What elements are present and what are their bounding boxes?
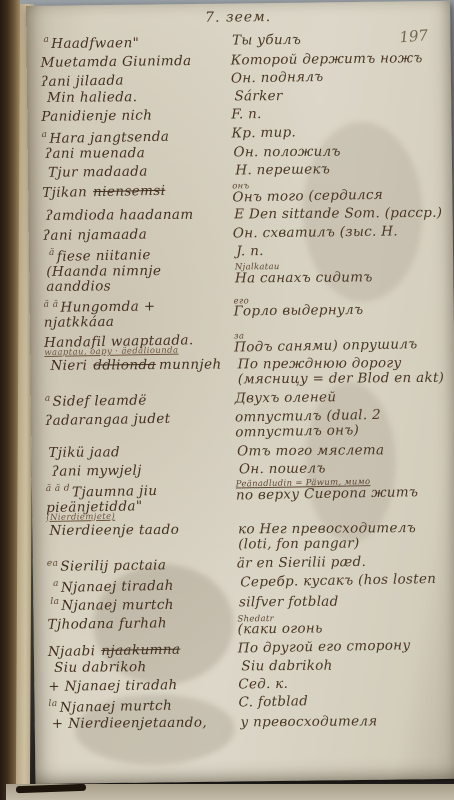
manuscript-line: laNjanaej murtchC. fotblad <box>48 692 448 716</box>
left-phrase-text: Tjhodana furhah <box>47 615 167 632</box>
left-phrase-text: Min halieda. <box>47 89 137 106</box>
right-translation: Кр. тир. <box>231 122 441 141</box>
right-translation: отпустилъ (dual. 2 отпустилъ онъ) <box>235 407 446 441</box>
left-annotation: ä <box>49 248 55 258</box>
manuscript-line: ä äHungomda + njatkkáaaегоГорло выдернул… <box>44 295 444 332</box>
manuscript-line: ʔani mywjeljОн. пошелъ <box>52 460 446 480</box>
manuscript-line: Min halieda.Sárker <box>47 88 441 106</box>
left-phrase-text: ʔani mywjelj <box>52 462 142 479</box>
manuscript-line: Siu dabrikohSiu dabrikoh <box>54 657 448 675</box>
right-translation-text: Он. положилъ <box>233 144 340 161</box>
right-translation-text: Онъ того (сердился <box>232 186 383 205</box>
manuscript-line: ʔani muenadaОн. положилъ <box>45 144 442 162</box>
left-annotation: la <box>48 699 57 709</box>
left-phrase-text: ʔani jilaada <box>41 72 124 90</box>
manuscript-line: Tjikü jaadОтъ того мяслета <box>48 442 445 460</box>
right-translation: Он. схватилъ (зыс. Н. <box>233 223 443 241</box>
left-phrase-text: ʔadarangaa judet <box>45 411 171 429</box>
right-translation-text: Сед. к. <box>238 676 288 693</box>
manuscript-line: + Nierdieenjetaando,у превосходителя <box>52 714 449 732</box>
left-phrase: ʔadarangaa judet <box>45 411 225 429</box>
left-phrase: ʔamdioda haadanam <box>46 208 225 225</box>
right-translation-text: Серебр. кусакъ (hos losten <box>240 571 436 591</box>
ink-blot <box>16 784 86 793</box>
left-phrase: Tjur madaada <box>48 164 225 181</box>
right-translation-text: по верху Сиеропа житъ <box>236 484 419 503</box>
left-phrase: Nieriddliondamunnjeh <box>50 358 227 375</box>
right-translation: Siu dabrikoh <box>241 657 448 674</box>
manuscript-line: aHaadfwaen"Ты убилъ <box>43 32 440 52</box>
left-phrase: Tjikü jaad <box>48 444 227 461</box>
right-translation-text: На санахъ сидитъ <box>235 269 373 286</box>
left-annotation: ea <box>47 558 59 568</box>
left-phrase-text: Nieri <box>50 358 87 374</box>
left-phrase: aHara jangtsenda <box>41 126 221 146</box>
left-annotation: a <box>53 579 59 589</box>
right-translation-text: silfver fotblad <box>239 594 339 611</box>
right-translation: Sárker <box>234 88 441 105</box>
left-phrase-text: Njanaej murtch <box>59 697 172 715</box>
left-phrase: aNjanaej tiradah <box>53 576 231 596</box>
left-phrase-text: Njanaej tiradah <box>61 578 174 596</box>
left-phrase: + Njanaej tiradah <box>48 677 228 694</box>
left-phrase-text: Tjur madaada <box>48 164 148 181</box>
right-translation: егоГорло выдернулъ <box>234 295 444 320</box>
right-translation-text: Ты убилъ <box>232 32 301 49</box>
left-phrase-text: Muetamda Giunimda <box>41 53 192 71</box>
left-annotation: ä ä d <box>46 484 70 494</box>
right-translation-text: J. n. <box>236 243 264 260</box>
right-translation: Он. поднялъ <box>231 68 441 87</box>
manuscript-line: äfiese niitanieJ. n. <box>49 240 443 264</box>
manuscript-line: ʔamdioda haadanamЕ Den sittande Som. (ра… <box>46 206 443 224</box>
left-phrase: Njaabinjaakumna <box>48 641 228 659</box>
manuscript-page: 7. зеем. 197 aHaadfwaen"Ты убилъMuetamda… <box>26 1 454 784</box>
left-phrase-text: ʔani njamaada <box>43 226 148 243</box>
right-translation-text: ко Нег превосходителъ (loti, fon pangar) <box>238 520 416 553</box>
manuscript-line: Nierdieenje taadoко Нег превосходителъ (… <box>49 521 446 554</box>
right-translation-text: (каки огонь <box>238 621 323 638</box>
left-phrase: ʔani muenada <box>45 146 224 163</box>
right-translation-text: Siu dabrikoh <box>241 657 332 674</box>
left-phrase: aHaadfwaen" <box>43 34 222 52</box>
left-phrase-text: Haadfwaen" <box>51 35 139 52</box>
left-phrase: Siu dabrikoh <box>54 659 231 676</box>
manuscript-line: ʔani njamaadaОн. схватилъ (зыс. Н. <box>43 223 443 243</box>
right-translation: Shedatr(каки огонь <box>237 613 447 638</box>
left-phrase: Muetamda Giunimda <box>41 53 221 70</box>
right-translation-text: Он. схватилъ (зыс. Н. <box>233 223 398 241</box>
right-translation: Серебр. кусакъ (hos losten <box>240 572 447 591</box>
right-translation: Peänadludin = Päwum, мимопо верху Сиероп… <box>236 477 446 503</box>
right-translation: Он. пошелъ <box>239 460 446 478</box>
right-translation-text: Горло выдернулъ <box>234 302 364 320</box>
left-phrase-text: Hungomda + njatkkáaa <box>44 299 156 331</box>
right-translation-text: По другой его сторону <box>238 637 411 656</box>
right-translation: F. n. <box>231 105 441 123</box>
right-translation: Двухъ оленей <box>235 389 445 407</box>
left-phrase-text: Tjikan <box>42 184 87 201</box>
right-translation: är en Sierilii pæd. <box>237 554 447 572</box>
struck-word: ddlionda <box>93 357 156 373</box>
right-translation-text: Е Den sittande Som. (расср.) <box>234 205 442 223</box>
manuscript-line: aNjanaej tiradahСеребр. кусакъ (hos lost… <box>53 572 447 596</box>
left-phrase-text: Njaabi <box>48 643 96 660</box>
right-translation: Н. перешекъ <box>235 161 442 179</box>
right-translation: Отъ того мяслета <box>237 442 445 459</box>
left-phrase: + Nierdieenjetaando, <box>52 715 231 732</box>
right-translation: silfver fotblad <box>239 594 447 611</box>
left-phrase: laNjanaej murtch <box>48 696 228 716</box>
left-phrase: aSidef leamdë <box>45 391 225 410</box>
right-translation-text: Кр. тир. <box>231 124 296 141</box>
left-phrase-text: Hara jangtsenda <box>49 128 169 146</box>
manuscript-line: Tjur madaadaН. перешекъ <box>48 161 442 181</box>
left-phrase: Tjikanniensemsi <box>42 182 222 200</box>
left-phrase: eaSierilij pactaia <box>47 556 227 575</box>
left-phrase-text: (Haanda nimnje aanddios <box>46 263 161 295</box>
left-annotation: la <box>50 597 59 607</box>
right-translation-text: отпустилъ (dual. 2 отпустилъ онъ) <box>235 407 381 441</box>
left-phrase: ʔani mywjelj <box>52 462 229 479</box>
left-annotation: a <box>41 129 47 139</box>
left-phrase-text: ʔamdioda haadanam <box>46 207 194 224</box>
left-annotation: ä ä <box>44 299 59 309</box>
manuscript-line: ä ä dTjaumna jiu pieänjetidda"(Nierdiemj… <box>46 477 447 524</box>
manuscript-line: Tjhodana furhahShedatr(каки огонь <box>47 613 447 641</box>
left-phrase-text: Nierdieenje taado <box>49 522 179 539</box>
right-translation: заПодъ санями) опрушилъ <box>234 328 444 354</box>
left-phrase: (Haanda nimnje aanddios <box>46 264 225 296</box>
right-translation: онъОнъ того (сердился <box>232 178 442 204</box>
right-translation: Которой держитъ ножъ <box>231 51 441 69</box>
right-translation: у превосходителя <box>240 714 448 731</box>
struck-word: njaakumna <box>101 641 180 658</box>
manuscript-line: Panidienje nichF. n. <box>41 105 441 125</box>
manuscript-line: NjaabinjaakumnaПо другой его сторону <box>48 637 448 659</box>
left-phrase-text: + Njanaej tiradah <box>48 677 177 695</box>
left-phrase: Min halieda. <box>47 90 224 107</box>
left-phrase: Handafil waaptaada.waaptau, oapy · äedäl… <box>44 332 224 358</box>
left-phrase: ʔani njamaada <box>43 226 223 243</box>
right-translation-text: у превосходителя <box>240 713 377 730</box>
left-phrase: Panidienje nich <box>41 108 221 125</box>
manuscript-line: NieriddliondamunnjehПо прежднюю дорогу (… <box>50 356 444 389</box>
manuscript-line: ʔani jilaadaОн. поднялъ <box>41 68 441 90</box>
right-translation: По прежднюю дорогу (мясницу = der Blod e… <box>238 356 445 388</box>
left-phrase-text: Njanaej murtch <box>61 596 174 613</box>
left-phrase: laNjanaej murtch <box>50 596 229 614</box>
right-translation-text: F. n. <box>231 106 262 122</box>
left-phrase: ä äHungomda + njatkkáaa <box>44 297 224 331</box>
right-translation-text: Sárker <box>234 88 282 104</box>
photo-background: 7. зеем. 197 aHaadfwaen"Ты убилъMuetamda… <box>0 0 454 800</box>
right-translation-text: C. fotblad <box>238 693 308 710</box>
right-translation-text: По прежднюю дорогу (мясницу = der Blod e… <box>238 355 445 387</box>
right-translation-text: Которой держитъ ножъ <box>231 50 423 68</box>
right-translation: NjalkatauНа санахъ сидитъ <box>235 262 444 286</box>
right-translation: Е Den sittande Som. (расср.) <box>234 206 442 223</box>
left-phrase: ʔani jilaada <box>41 72 221 90</box>
right-translation: Ты убилъ <box>232 32 440 49</box>
left-phrase-text: Sidef leamdë <box>53 393 147 410</box>
left-phrase-text: Panidienje nich <box>41 108 152 125</box>
left-phrase-text: Siu dabrikoh <box>54 659 147 676</box>
left-phrase-text: Sierilij pactaia <box>60 558 166 575</box>
right-translation: J. n. <box>236 240 443 259</box>
manuscript-line: ʔadarangaa judetотпустилъ (dual. 2 отпус… <box>45 407 445 445</box>
manuscript-line: aHara jangtsendaКр. тир. <box>41 122 441 146</box>
left-phrase-continued: munnjeh <box>159 357 222 373</box>
bottom-page-edge <box>6 784 454 800</box>
right-translation-text: Он. поднялъ <box>231 69 324 87</box>
right-translation: Сед. к. <box>238 675 448 693</box>
left-annotation: a <box>43 35 49 45</box>
left-phrase-text: Tjikü jaad <box>48 444 120 461</box>
right-translation-text: är en Sierilii pæd. <box>237 554 366 572</box>
page-header: 7. зеем. <box>26 7 450 28</box>
right-translation-text: Н. перешекъ <box>235 162 330 179</box>
right-translation: C. fotblad <box>238 692 448 711</box>
struck-word: niensemsi <box>93 182 166 199</box>
left-annotation: a <box>45 393 51 403</box>
manuscript-line: TjikanniensemsiонъОнъ того (сердился <box>42 178 442 208</box>
manuscript-line: (Haanda nimnje aanddiosNjalkatauНа санах… <box>46 262 443 295</box>
right-translation-text: Отъ того мяслета <box>237 442 384 459</box>
left-phrase-text: fiese niitanie <box>57 246 151 264</box>
left-phrase-text: ʔani muenada <box>45 145 145 162</box>
right-translation: ко Нег превосходителъ (loti, fon pangar) <box>238 521 447 553</box>
right-translation-text: Двухъ оленей <box>235 389 337 406</box>
right-translation-text: Он. пошелъ <box>239 460 326 477</box>
left-phrase: ä ä dTjaumna jiu pieänjetidda"(Nierdiemj… <box>46 481 227 524</box>
right-translation-text: Подъ санями) опрушилъ <box>234 335 418 354</box>
left-phrase: Nierdieenje taado <box>49 523 228 540</box>
left-phrase: äfiese niitanie <box>49 244 227 264</box>
left-phrase-text: + Nierdieenjetaando, <box>52 714 207 731</box>
manuscript-lines: aHaadfwaen"Ты убилъMuetamda GiunimdaКото… <box>40 31 449 736</box>
manuscript-line: laNjanaej murtchsilfver fotblad <box>50 594 447 614</box>
left-phrase: Tjhodana furhah <box>47 615 227 632</box>
right-translation: Он. положилъ <box>233 144 441 161</box>
manuscript-line: Muetamda GiunimdaКоторой держитъ ножъ <box>41 51 441 71</box>
manuscript-line: Handafil waaptaada.waaptau, oapy · äedäl… <box>44 328 444 358</box>
right-translation: По другой его сторону <box>238 637 448 656</box>
